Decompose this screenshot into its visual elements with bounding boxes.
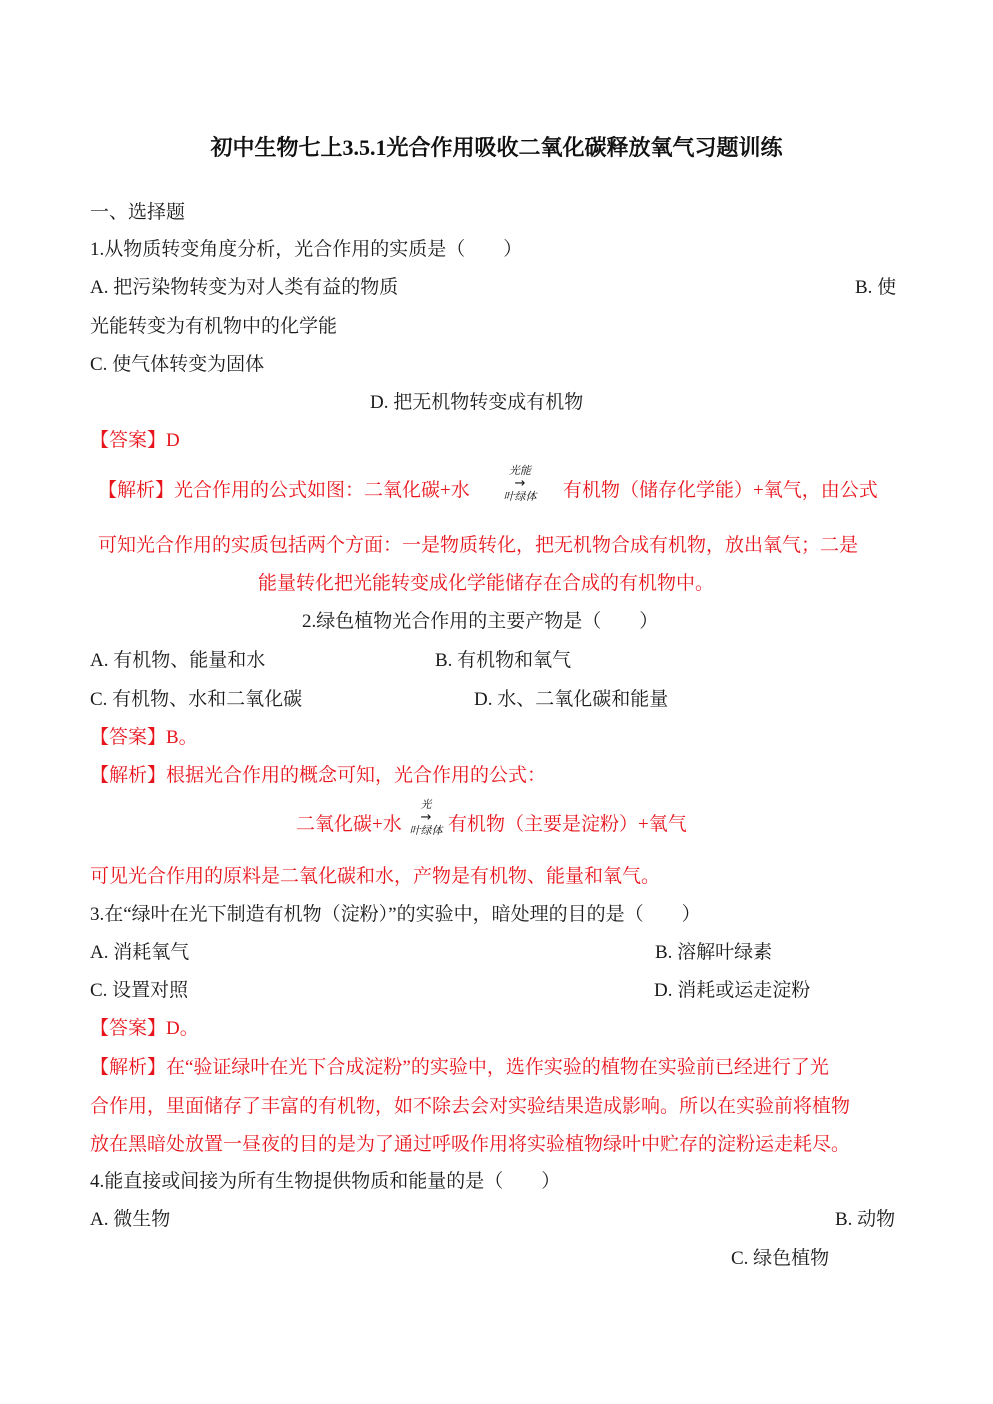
question-3-option-d: D. 消耗或运走淀粉	[654, 979, 810, 1003]
question-4-stem: 4.能直接或间接为所有生物提供物质和能量的是（ ）	[90, 1170, 560, 1194]
question-3-stem: 3.在“绿叶在光下制造有机物（淀粉）”的实验中，暗处理的目的是（ ）	[90, 903, 701, 927]
arrow-condition-chloroplast: 叶绿体	[406, 825, 446, 837]
question-4-option-b: B. 动物	[835, 1208, 895, 1232]
question-3-option-c: C. 设置对照	[90, 979, 188, 1003]
arrow-icon: →	[500, 477, 540, 491]
question-1-analysis-line1-suffix: 有机物（储存化学能）+氧气，由公式	[563, 479, 878, 503]
question-2-stem: 2.绿色植物光合作用的主要产物是（ ）	[302, 610, 658, 634]
question-2-answer: 【答案】B。	[90, 726, 198, 750]
question-1-option-d: D. 把无机物转变成有机物	[370, 391, 583, 415]
question-1-analysis-line2: 可知光合作用的实质包括两个方面：一是物质转化，把无机物合成有机物，放出氧气；二是	[98, 534, 858, 558]
page-title: 初中生物七上3.5.1光合作用吸收二氧化碳释放氧气习题训练	[0, 134, 993, 162]
question-2-option-a: A. 有机物、能量和水	[90, 649, 265, 673]
question-1-analysis-line3: 能量转化把光能转变成化学能储存在合成的有机物中。	[258, 572, 714, 596]
question-3-option-b: B. 溶解叶绿素	[655, 941, 772, 965]
question-1-option-b-continued: 光能转变为有机物中的化学能	[90, 315, 337, 339]
section-heading: 一、选择题	[90, 201, 185, 225]
question-3-answer: 【答案】D。	[90, 1017, 199, 1041]
question-2-formula-right: 有机物（主要是淀粉）+氧气	[448, 813, 687, 837]
formula-arrow: 光 → 叶绿体	[406, 799, 446, 837]
question-1-option-c: C. 使气体转变为固体	[90, 353, 264, 377]
question-1-analysis-line1-prefix: 【解析】光合作用的公式如图：二氧化碳+水	[98, 479, 470, 503]
question-4-option-a: A. 微生物	[90, 1208, 170, 1232]
arrow-icon: →	[406, 811, 446, 825]
question-4-option-c: C. 绿色植物	[731, 1247, 829, 1271]
question-1-answer: 【答案】D	[90, 429, 180, 453]
question-1-stem: 1.从物质转变角度分析，光合作用的实质是（ ）	[90, 238, 522, 262]
question-2-formula-left: 二氧化碳+水	[296, 813, 402, 837]
arrow-condition-chloroplast: 叶绿体	[500, 491, 540, 503]
question-3-option-a: A. 消耗氧气	[90, 941, 189, 965]
question-2-analysis-line3: 可见光合作用的原料是二氧化碳和水，产物是有机物、能量和氧气。	[90, 865, 660, 889]
question-1-option-a: A. 把污染物转变为对人类有益的物质	[90, 276, 398, 300]
question-3-analysis-line1: 【解析】在“验证绿叶在光下合成淀粉”的实验中，选作实验的植物在实验前已经进行了光	[90, 1056, 829, 1080]
question-2-option-b: B. 有机物和氧气	[435, 649, 571, 673]
question-2-option-c: C. 有机物、水和二氧化碳	[90, 688, 302, 712]
question-3-analysis-line2: 合作用，里面储存了丰富的有机物，如不除去会对实验结果造成影响。所以在实验前将植物	[90, 1095, 850, 1119]
question-2-option-d: D. 水、二氧化碳和能量	[474, 688, 668, 712]
formula-arrow: 光能 → 叶绿体	[500, 465, 540, 503]
question-2-analysis-line1: 【解析】根据光合作用的概念可知，光合作用的公式：	[90, 764, 546, 788]
question-3-analysis-line3: 放在黑暗处放置一昼夜的目的是为了通过呼吸作用将实验植物绿叶中贮存的淀粉运走耗尽。	[90, 1133, 850, 1157]
question-1-option-b: B. 使	[855, 276, 896, 300]
